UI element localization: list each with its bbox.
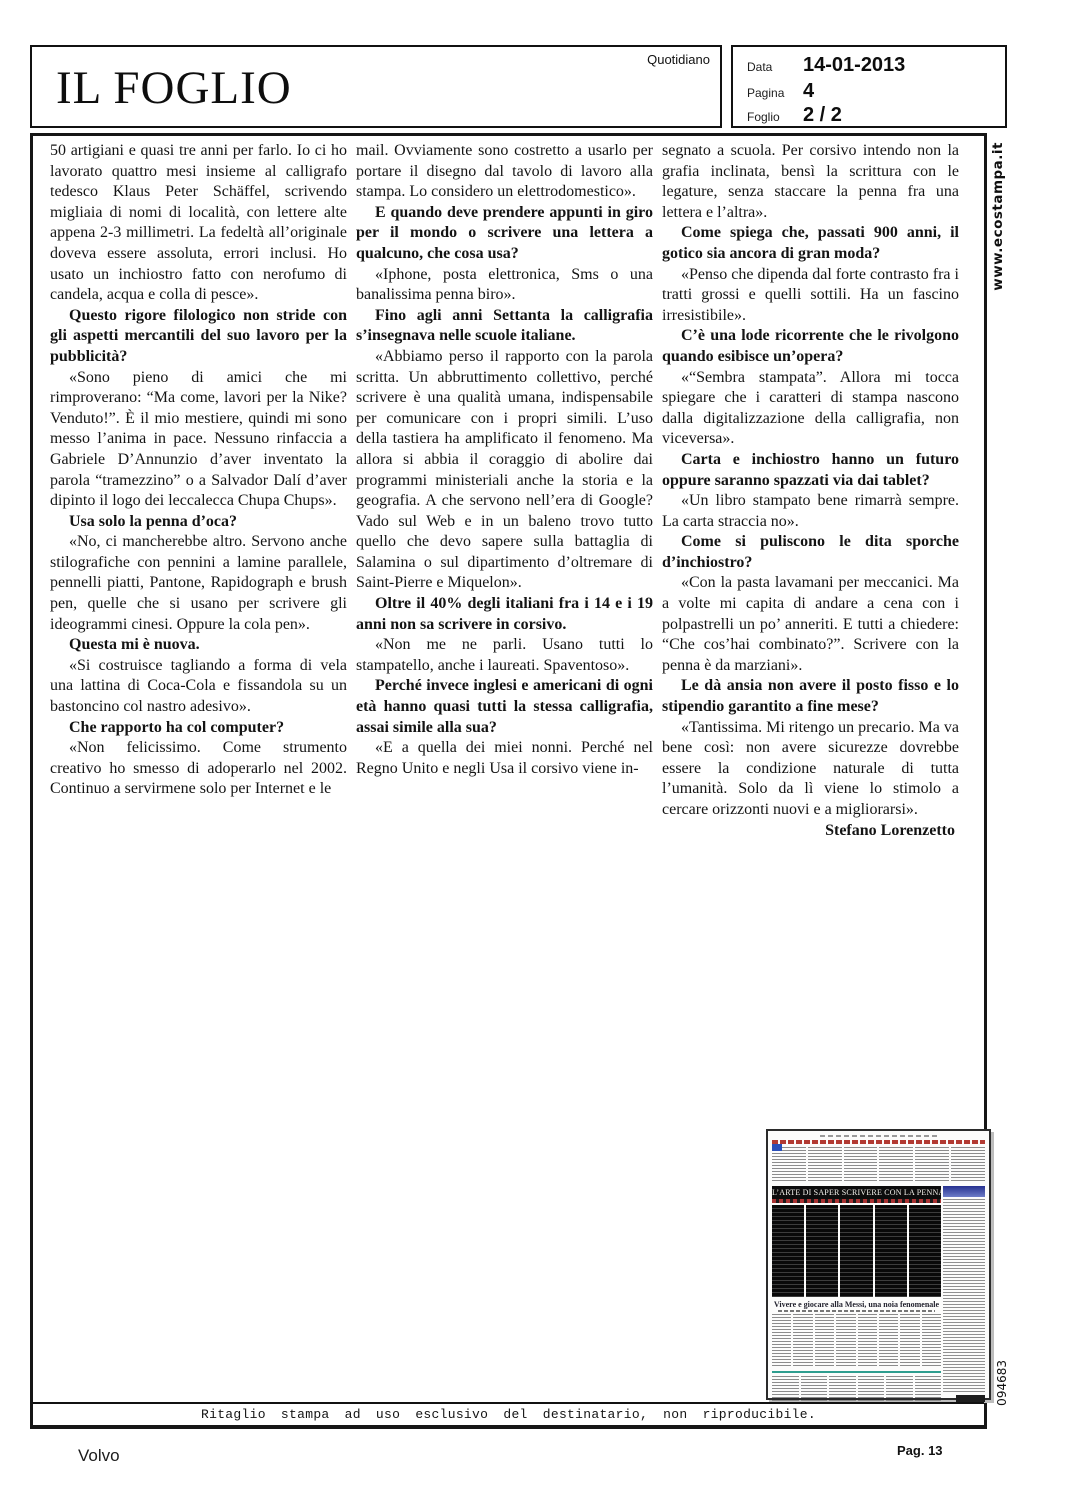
sheet-value: 2 / 2 [803,104,842,127]
thumb-bottom-box [956,1395,985,1402]
article-paragraph: «No, ci mancherebbe altro. Servono anche… [50,532,347,635]
meta-row-date: Data 14-01-2013 [747,54,905,77]
thumb-body: L’ARTE DI SAPER SCRIVERE CON LA PENNA Vi… [772,1186,985,1402]
meta-row-page: Pagina 4 [747,80,814,103]
question-paragraph: Usa solo la penna d’oca? [50,512,347,533]
article-column-2: mail. Ovviamente sono costretto a usarlo… [356,141,653,779]
thumb-text-column [772,1147,806,1183]
ecostampa-watermark: www.ecostampa.it [990,142,1006,291]
thumb-text-column [772,1314,791,1368]
thumb-text-column [815,1314,834,1368]
question-paragraph: Come si puliscono le dita sporche d’inch… [662,532,959,573]
article-paragraph: «Sono pieno di amici che mi rimproverano… [50,368,347,512]
masthead-box: IL FOGLIO Quotidiano [30,45,722,128]
thumb-text-column [858,1376,885,1402]
thumb-text-column [915,1376,942,1402]
thumb-lower-columns [772,1314,941,1368]
page-label: Pagina [747,86,803,100]
question-paragraph: Carta e inchiostro hanno un futuro oppur… [662,450,959,491]
article-paragraph: «Non felicissimo. Come strumento creativ… [50,738,347,800]
date-value: 14-01-2013 [803,54,905,77]
thumb-text-column [772,1205,804,1297]
article-paragraph: segnato a scuola. Per corsivo intendo no… [662,141,959,223]
thumb-text-column [844,1147,878,1183]
thumb-main-area: L’ARTE DI SAPER SCRIVERE CON LA PENNA Vi… [772,1186,941,1402]
thumb-text-column [793,1314,812,1368]
thumb-text-column [879,1147,913,1183]
article-paragraph: «Si costruisce tagliando a forma di vela… [50,656,347,718]
thumb-sidebar-header [943,1186,985,1197]
question-paragraph: Questo rigore filologico non stride con … [50,306,347,368]
thumb-text-column [808,1147,842,1183]
thumb-text-column [858,1314,877,1368]
publication-type-label: Quotidiano [647,52,710,67]
article-paragraph: «“Sembra stampata”. Allora mi tocca spie… [662,368,959,450]
thumb-text-column [909,1205,941,1297]
question-paragraph: Questa mi è nuova. [50,635,347,656]
thumb-text-column [829,1376,856,1402]
thumb-text-column [836,1314,855,1368]
date-label: Data [747,60,803,74]
thumb-dense-columns [772,1205,941,1297]
disclaimer-bar: Ritaglio stampa ad uso esclusivo del des… [33,1402,984,1425]
question-paragraph: Le dà ansia non avere il posto fisso e l… [662,676,959,717]
clip-code: 094683 [995,1360,1009,1406]
thumb-text-column [922,1314,941,1368]
article-paragraph: «Con la pasta lavamani per meccanici. Ma… [662,573,959,676]
thumb-text-column [886,1376,913,1402]
article-paragraph: «Tantissima. Mi ritengo un precario. Ma … [662,718,959,821]
question-paragraph: E quando deve prendere appunti in giro p… [356,203,653,265]
thumb-text-column [879,1314,898,1368]
thumb-text-column [900,1314,919,1368]
question-paragraph: Oltre il 40% degli italiani fra i 14 e i… [356,594,653,635]
thumb-sidebar [943,1186,985,1402]
thumb-text-column [915,1147,949,1183]
thumb-text-column [840,1205,872,1297]
thumb-text-column [951,1147,985,1183]
article-paragraph: «Penso che dipenda dal forte contrasto f… [662,265,959,327]
article-paragraph: «Non me ne parli. Usano tutti lo stampat… [356,635,653,676]
question-paragraph: Che rapporto ha col computer? [50,718,347,739]
sheet-label: Foglio [747,110,803,124]
footer-page-ref: Pag. 13 [897,1443,943,1458]
thumb-kicker-line [772,1140,985,1144]
question-paragraph: C’è una lode ricorrente che le rivolgono… [662,326,959,367]
thumb-sidebar-text [943,1199,985,1393]
press-clipping-page: { "header": { "publication": "IL FOGLIO"… [0,0,1069,1500]
thumb-intro-columns [772,1147,985,1183]
question-paragraph: Fino agli anni Settanta la calligrafia s… [356,306,653,347]
article-paragraph: «Abbiamo perso il rapporto con la parola… [356,347,653,594]
thumb-headline-banner: L’ARTE DI SAPER SCRIVERE CON LA PENNA [772,1186,941,1199]
page-value: 4 [803,80,814,103]
article-column-1: 50 artigiani e quasi tre anni per farlo.… [50,141,347,800]
article-paragraph: mail. Ovviamente sono costretto a usarlo… [356,141,653,203]
article-column-3: segnato a scuola. Per corsivo intendo no… [662,141,959,841]
thumb-text-column [875,1205,907,1297]
thumb-text-column [801,1376,828,1402]
content-frame: 50 artigiani e quasi tre anni per farlo.… [30,133,987,1429]
thumb-subheadline: Vivere e giocare alla Messi, una noia fe… [772,1300,941,1309]
footer-client: Volvo [78,1446,120,1466]
meta-row-sheet: Foglio 2 / 2 [747,104,842,127]
thumb-text-column [806,1205,838,1297]
article-paragraph: «Iphone, posta elettronica, Sms o una ba… [356,265,653,306]
article-paragraph: «E a quella dei miei nonni. Perché nel R… [356,738,653,779]
meta-box: Data 14-01-2013 Pagina 4 Foglio 2 / 2 [731,45,1007,128]
article-signature: Stefano Lorenzetto [662,821,959,842]
article-paragraph: «Un libro stampato bene rimarrà sempre. … [662,491,959,532]
thumb-teal-rule [772,1371,941,1373]
thumb-bottom-columns [772,1376,941,1402]
thumb-text-column [772,1376,799,1402]
article-paragraph: 50 artigiani e quasi tre anni per farlo.… [50,141,347,306]
publication-title: IL FOGLIO [56,61,292,115]
question-paragraph: Come spiega che, passati 900 anni, il go… [662,223,959,264]
thumb-deck-line [778,1310,935,1312]
thumb-strapline [772,1199,941,1203]
thumb-folio-line [820,1135,937,1137]
thumb-logo [772,1144,782,1151]
question-paragraph: Perché invece inglesi e americani di ogn… [356,676,653,738]
clip-thumbnail: L’ARTE DI SAPER SCRIVERE CON LA PENNA Vi… [766,1129,991,1400]
